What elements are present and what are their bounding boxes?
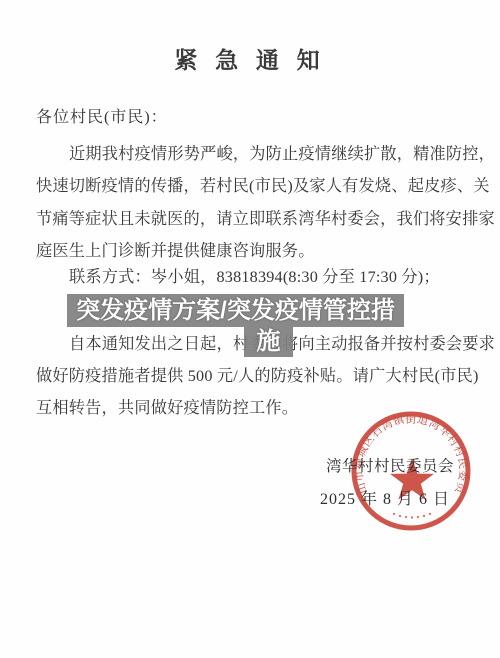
overlay-caption-line2: 施 [244, 327, 293, 357]
notice-document: 紧 急 通 知 各位村民(市民)： 近期我村疫情形势严峻，为防止疫情继续扩散，精… [0, 0, 500, 658]
date-line: 2025 年 8 月 6 日 [320, 486, 450, 509]
paragraph2-line3: 互相转告，共同做好疫情防控工作。 [36, 394, 298, 418]
paragraph1-line1: 近期我村疫情形势严峻，为防止疫情继续扩散，精准防控， [69, 140, 495, 164]
paragraph1-line4: 庭医生上门诊断并提供健康咨询服务。 [36, 237, 315, 261]
seal-code-marks [393, 513, 431, 519]
paragraph2-line2: 做好防疫措施者提供 500 元/人的防疫补贴。请广大村民(市民) [36, 362, 479, 386]
contact-info: 联系方式：岑小姐，83818394(8:30 分至 17:30 分)； [69, 263, 440, 287]
document-title: 紧 急 通 知 [0, 42, 500, 75]
signature: 湾华村村民委员会 [326, 454, 454, 476]
salutation: 各位村民(市民)： [36, 104, 168, 127]
overlay-caption-line1: 突发疫情方案/突发疫情管控措 [67, 294, 404, 327]
paragraph1-line2: 快速切断疫情的传播，若村民(市民)及家人有发烧、起皮疹、关 [36, 172, 490, 196]
paragraph1-line3: 节痛等症状且未就医的，请立即联系湾华村委会，我们将安排家 [36, 205, 495, 229]
